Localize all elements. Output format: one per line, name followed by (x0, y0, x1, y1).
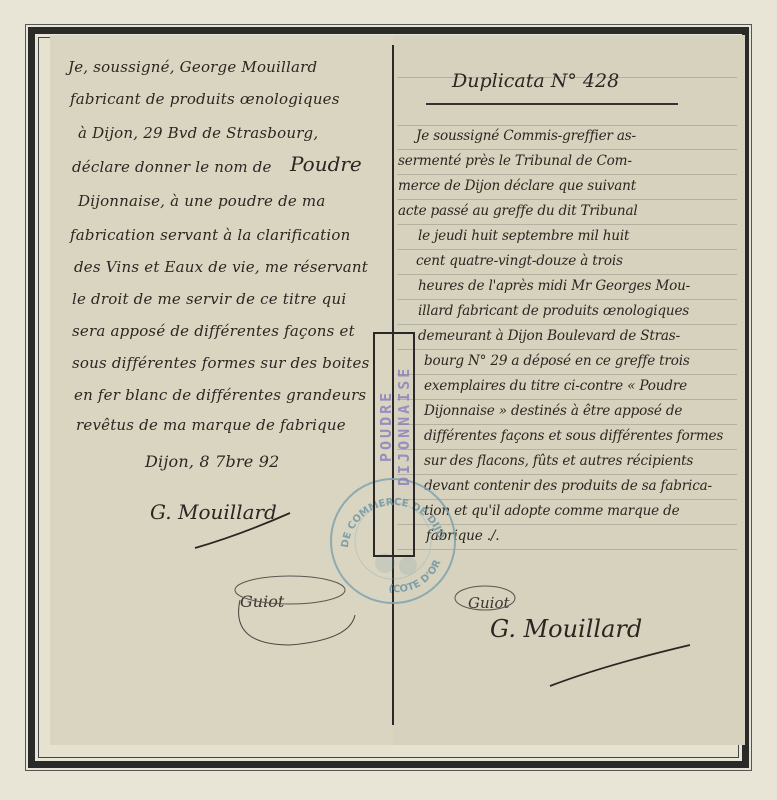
left-line: des Vins et Eaux de vie, me réservant (74, 258, 368, 276)
ruled-line (397, 424, 737, 425)
ruled-line (397, 349, 737, 350)
ruled-line (397, 249, 737, 250)
left-line: fabrication servant à la clarification (70, 226, 350, 244)
ruled-line (397, 224, 737, 225)
right-line: exemplaires du titre ci-contre « Poudre (424, 378, 687, 394)
left-line: en fer blanc de différentes grandeurs (74, 386, 366, 404)
left-line: déclare donner le nom de (72, 158, 272, 176)
title-underline (426, 103, 678, 105)
right-line: Dijonnaise » destinés à être apposé de (424, 403, 682, 419)
right-line: illard fabricant de produits œnologiques (418, 303, 689, 319)
ruled-line (397, 149, 737, 150)
duplicata-title: Duplicata N° 428 (452, 70, 619, 92)
right-line: le jeudi huit septembre mil huit (418, 228, 629, 244)
ruled-line (397, 374, 737, 375)
ruled-line (397, 199, 737, 200)
right-line: différentes façons et sous différentes f… (424, 428, 723, 444)
right-line: Je soussigné Commis-greffier as- (416, 128, 636, 144)
right-line: devant contenir des produits de sa fabri… (424, 478, 712, 494)
right-line: cent quatre-vingt-douze à trois (416, 253, 623, 269)
left-line: revêtus de ma marque de fabrique (76, 416, 346, 434)
right-line: merce de Dijon déclare que suivant (398, 178, 636, 194)
ruled-line (397, 324, 737, 325)
ruled-line (397, 125, 737, 126)
poudre-dijonnaise-stamp: POUDRE DIJONNAISE (377, 336, 411, 516)
right-line: bourg N° 29 a déposé en ce greffe trois (424, 353, 690, 369)
left-line: le droit de me servir de ce titre qui (72, 290, 346, 308)
left-line: Dijonnaise, à une poudre de ma (78, 192, 325, 210)
left-line: sera apposé de différentes façons et (72, 322, 355, 340)
date-line: Dijon, 8 7bre 92 (145, 452, 279, 471)
right-line: heures de l'après midi Mr Georges Mou- (418, 278, 690, 294)
right-line: demeurant à Dijon Boulevard de Stras- (418, 328, 680, 344)
poudre-word: Poudre (290, 152, 362, 176)
left-line: sous différentes formes sur des boites (72, 354, 370, 372)
ruled-line (397, 399, 737, 400)
left-line: fabricant de produits œnologiques (70, 90, 340, 108)
left-line: à Dijon, 29 Bvd de Strasbourg, (78, 124, 318, 142)
signature-flourish-right (545, 640, 695, 690)
mouillard-signature-right: G. Mouillard (490, 615, 642, 643)
signature-flourish (190, 510, 300, 550)
ruled-line (397, 299, 737, 300)
left-line: Je, soussigné, George Mouillard (68, 58, 317, 76)
ruled-line (397, 474, 737, 475)
ruled-line (397, 274, 737, 275)
right-line: tion et qu'il adopte comme marque de (424, 503, 679, 519)
ruled-line (397, 174, 737, 175)
ruled-line (397, 449, 737, 450)
right-line: sur des flacons, fûts et autres récipien… (424, 453, 693, 469)
right-line: sermenté près le Tribunal de Com- (398, 153, 632, 169)
right-line: acte passé au greffe du dit Tribunal (398, 203, 638, 219)
